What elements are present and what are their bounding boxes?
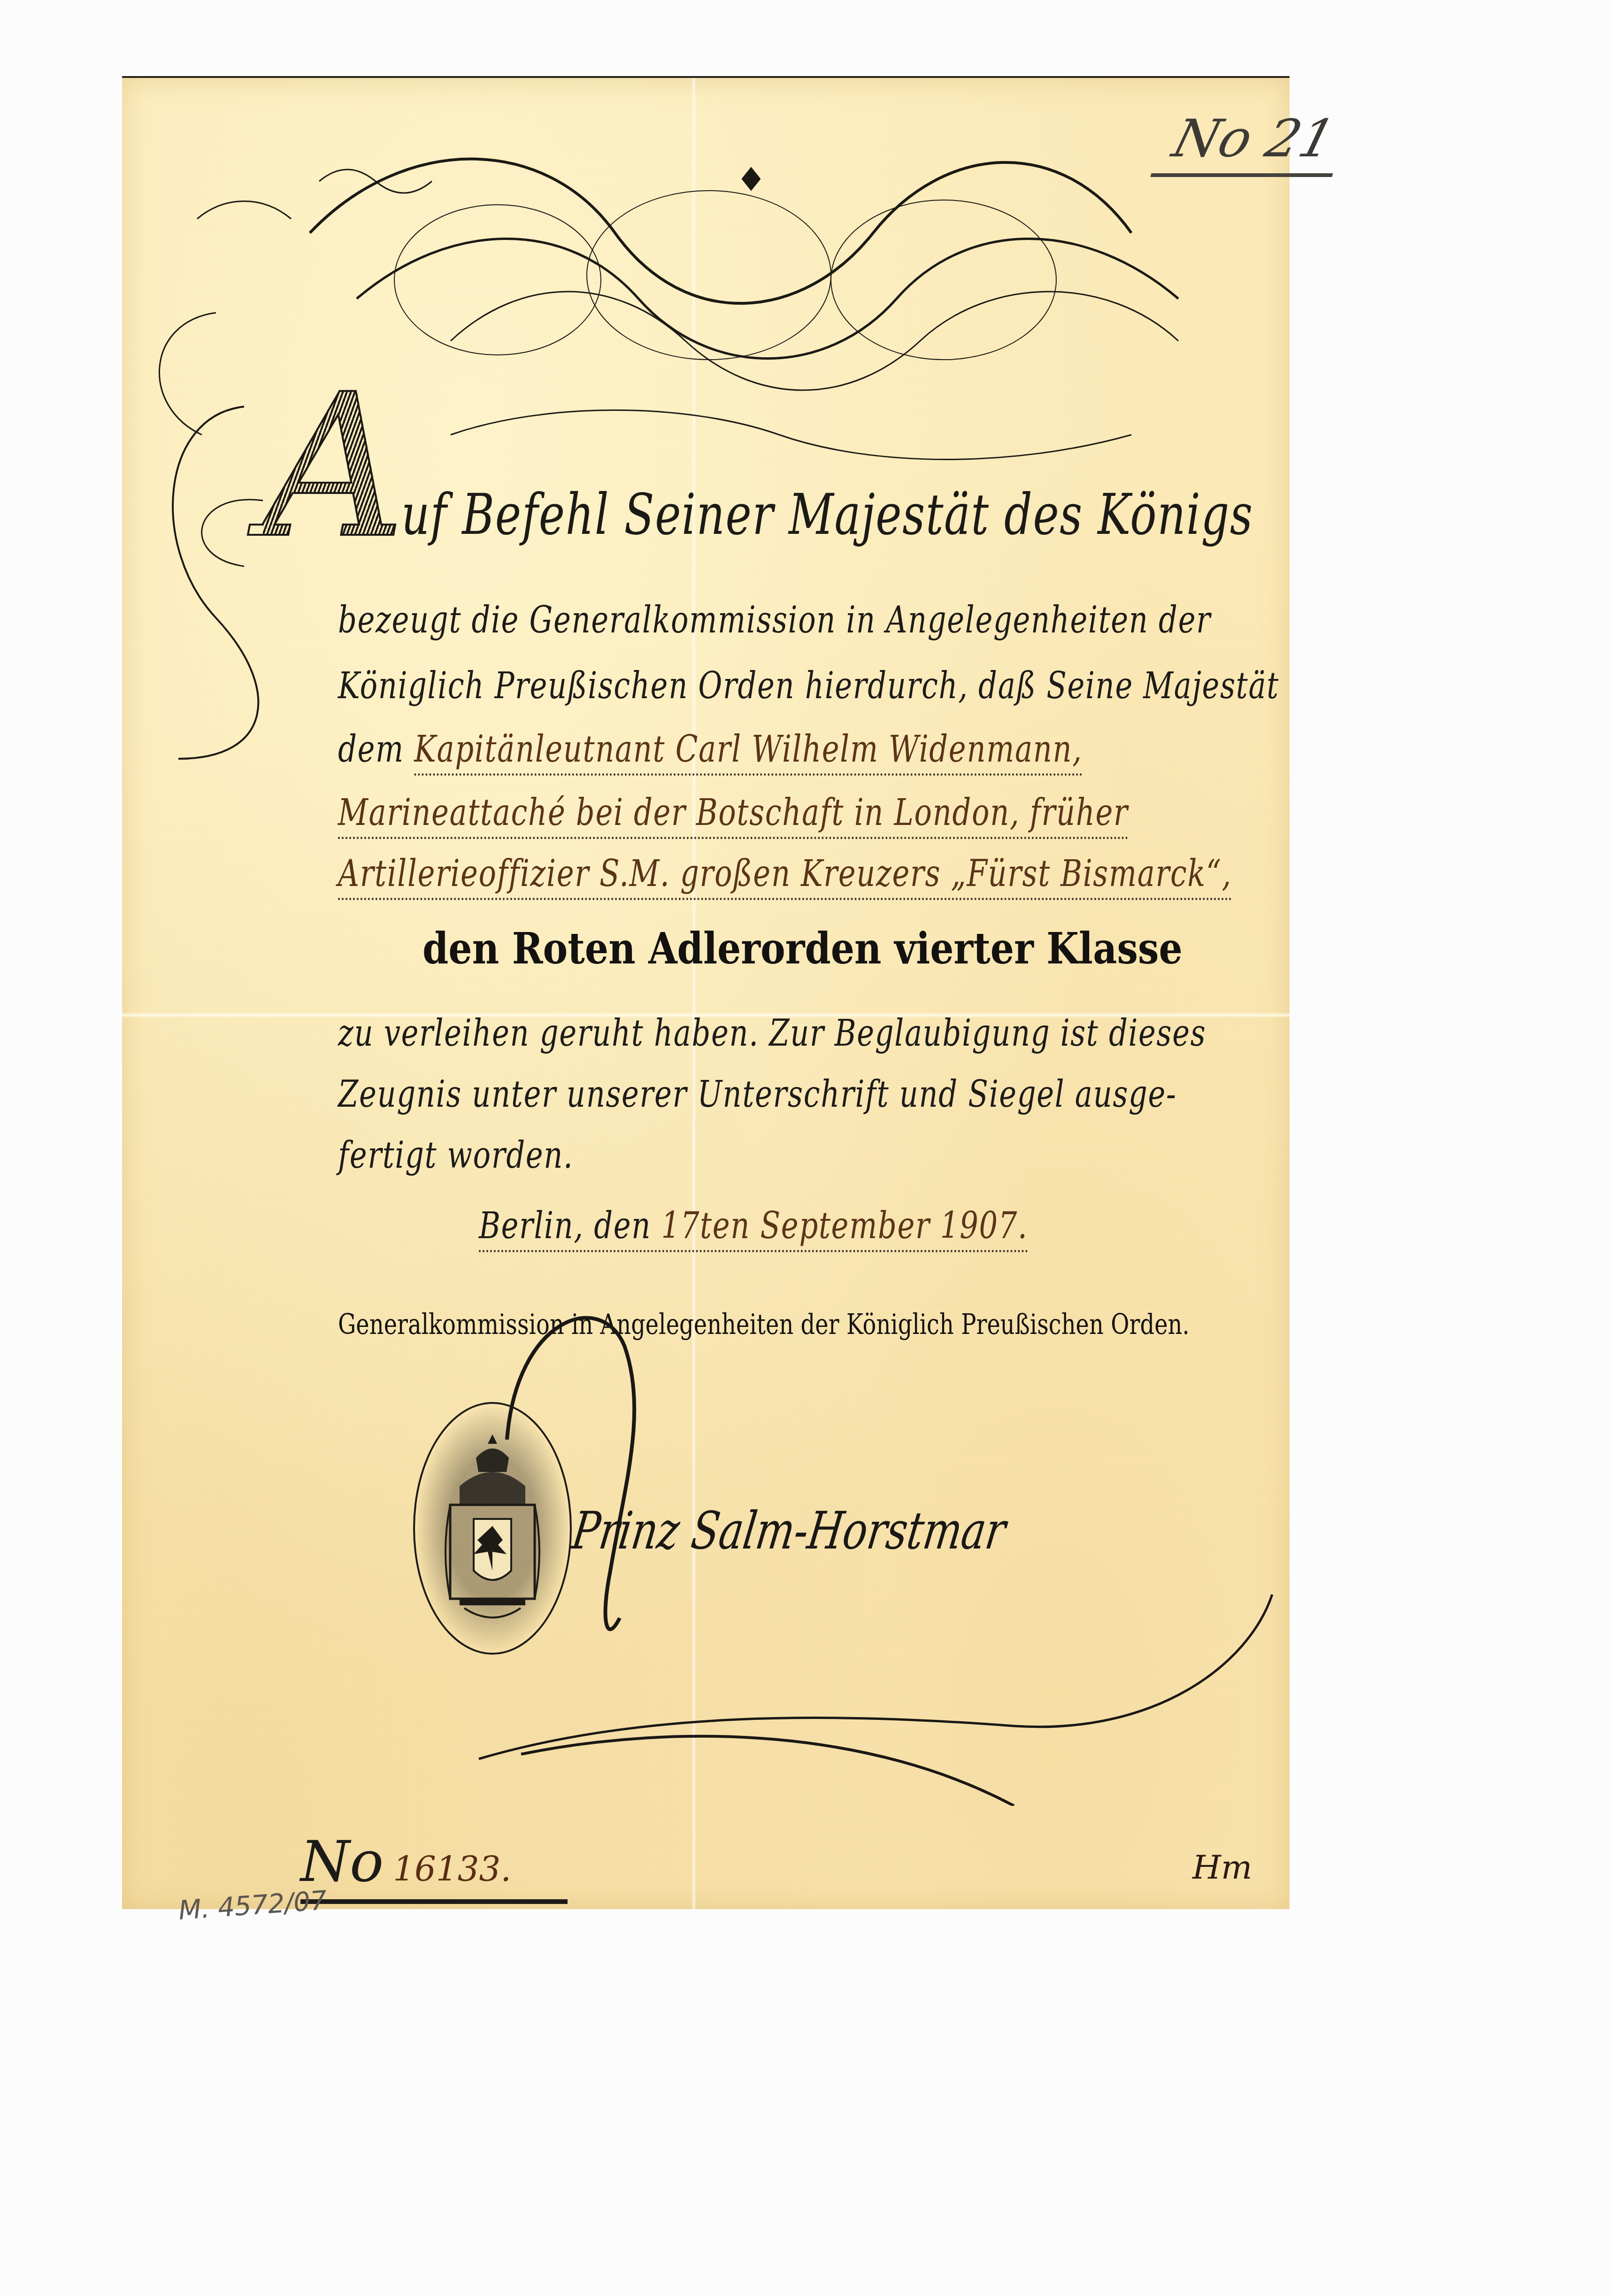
number-value: 16133. [393,1849,511,1889]
date-day: 17ten [661,1205,750,1247]
closing-line-3: fertigt worden. [338,1134,573,1177]
body-line-1: bezeugt die Generalkommission in Angeleg… [338,599,1211,641]
vertical-fold-line [691,78,696,1909]
body-line-2: Königlich Preußischen Orden hierdurch, d… [338,665,1279,707]
body-line-3: dem Kapitänleutnant Carl Wilhelm Widenma… [338,728,1083,770]
file-reference: M. 4572/07 [177,1885,328,1926]
royal-seal [413,1402,572,1655]
heading-text: uf Befehl Seiner Majestät des Königs [401,482,1253,547]
recipient-prefix: dem [338,728,404,770]
certificate-number: No 16133. [300,1829,568,1904]
certificate-paper: No 21 A uf Befehl Seiner Majestät des Kö… [122,76,1290,1909]
prussian-coat-of-arms-icon [431,1425,553,1632]
decorated-initial: A [263,378,406,556]
date-month-year: September 1907. [760,1205,1028,1247]
number-label: No [300,1829,384,1895]
clerk-initials: Hm [1192,1848,1252,1887]
closing-line-1: zu verleihen geruht haben. Zur Beglaubig… [338,1012,1206,1055]
recipient-position: Marineattaché bei der Botschaft in Londo… [338,792,1129,839]
order-name: den Roten Adlerorden vierter Klasse [422,923,1183,974]
date-place: Berlin, den [479,1205,651,1247]
recipient-former-position: Artillerieoffizier S.M. großen Kreuzers … [338,853,1232,900]
closing-line-2: Zeugnis unter unserer Unterschrift und S… [338,1073,1177,1116]
date-line: Berlin, den 17ten September 1907. [479,1205,1028,1252]
signature: Prinz Salm-Horstmar [568,1501,1009,1561]
certificate-heading: A uf Befehl Seiner Majestät des Königs [263,378,1494,556]
issuer-name: Generalkommission in Angelegenheiten der… [338,1308,1190,1341]
recipient-name: Kapitänleutnant Carl Wilhelm Widenmann, [414,728,1082,776]
archive-number-mark: No 21 [1150,108,1351,177]
